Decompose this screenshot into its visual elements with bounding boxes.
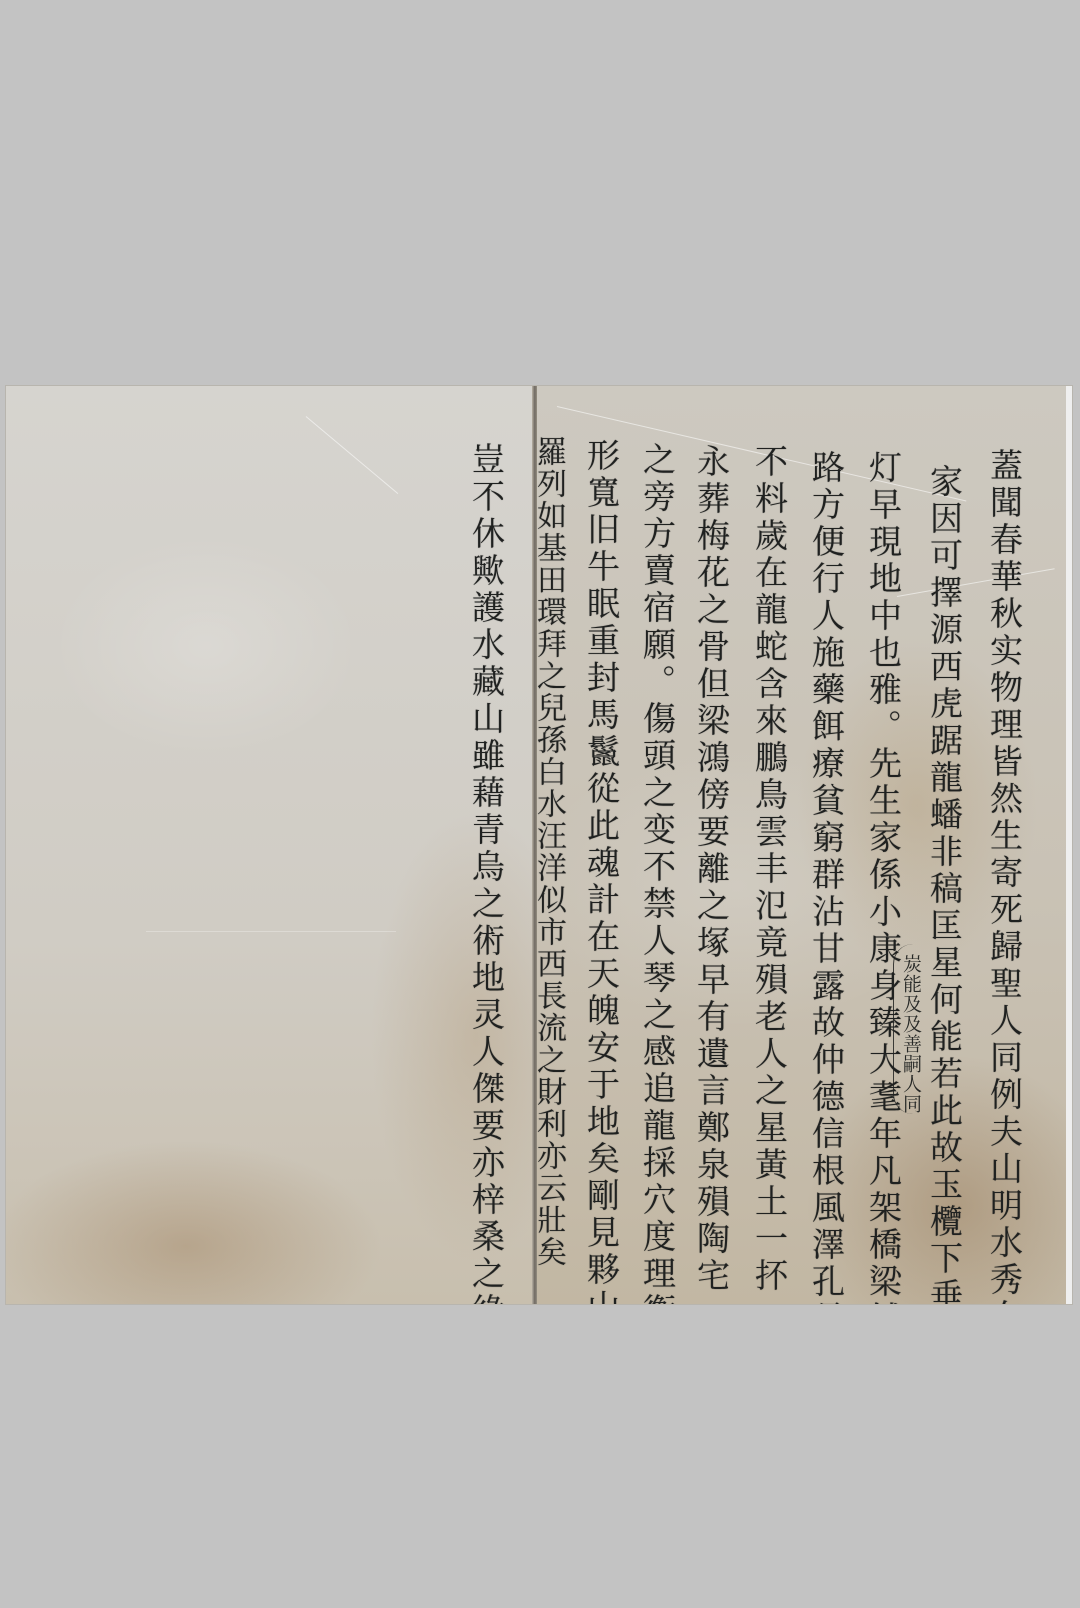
manuscript-column-8: 形寬旧牛眠重封馬鬣從此魂計在天魄安于地矣剛見夥山: [585, 438, 618, 1304]
marginal-annotation: 炭能及及善嗣人同: [901, 954, 920, 1114]
manuscript-spread: 豈不休歟護水藏山雖藉青烏之術地灵人傑要亦梓桑之緣也 蓋聞春華秋实物理皆然生寄死歸…: [6, 386, 1072, 1304]
manuscript-column-2: 家因可擇源西虎踞龍蟠非稿匡星何能若此故玉欖下垂天丰㴑: [928, 464, 961, 1304]
manuscript-column-1: 蓋聞春華秋实物理皆然生寄死歸聖人同例夫山明水秀在堪輿: [988, 448, 1021, 1304]
manuscript-column-9: 羅列如基田環拜之兒孫白水汪洋似市西長流之財利亦云壯矣: [537, 436, 563, 1268]
paper-crease: [146, 931, 396, 932]
page-edge: [1066, 386, 1072, 1304]
manuscript-column-7: 之旁方賣宿願。傷頭之变不禁人琴之感追龍採穴度理衡: [641, 442, 674, 1304]
manuscript-column-5: 不料歲在龍蛇含來鵬鳥雲丰氾竟殞老人之星黃土一抔: [753, 444, 786, 1295]
paper-crease: [306, 416, 399, 494]
left-page: 豈不休歟護水藏山雖藉青烏之術地灵人傑要亦梓桑之緣也: [6, 386, 536, 1304]
manuscript-column-3: 灯早現地中也雅。先生家係小康身臻大耄年凡架橋梁鋪道: [867, 450, 900, 1304]
right-page: 蓋聞春華秋实物理皆然生寄死歸聖人同例夫山明水秀在堪輿 家因可擇源西虎踞龍蟠非稿匡…: [537, 386, 1072, 1304]
manuscript-column-left-1: 豈不休歟護水藏山雖藉青烏之術地灵人傑要亦梓桑之緣也: [470, 442, 503, 1304]
manuscript-column-4: 路方便行人施藥餌療貧窮群沾甘露故仲德信根風澤孔長矣: [810, 450, 843, 1304]
paper-crease: [897, 568, 1055, 597]
manuscript-column-6: 永葬梅花之骨但梁鴻傍要離之塚早有遺言鄭泉殞陶宅: [695, 444, 728, 1295]
